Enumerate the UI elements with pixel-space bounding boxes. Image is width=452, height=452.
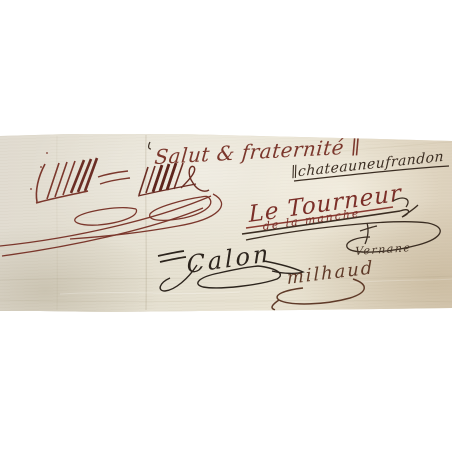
handwriting-ink-layer: Salut & fraternité ∥ ∥chateauneufrandon	[0, 133, 452, 312]
signature-vernane: Vernane	[355, 241, 412, 258]
signature-calon: Calon	[186, 239, 271, 279]
signature-milhaud-text: milhaud	[287, 257, 375, 289]
manuscript-photo: Salut & fraternité ∥ ∥chateauneufrandon	[0, 0, 452, 452]
signature-milhaud: milhaud	[287, 257, 375, 289]
left-signature-1	[30, 152, 130, 203]
signature-vernane-text: Vernane	[355, 241, 412, 258]
check-mark	[149, 142, 151, 149]
left-signature-2	[138, 163, 209, 196]
calon-dashes	[158, 251, 186, 262]
manuscript-paper: Salut & fraternité ∥ ∥chateauneufrandon	[0, 133, 452, 312]
signature-calon-text: Calon	[186, 239, 271, 279]
left-paraph-loops	[0, 194, 222, 256]
